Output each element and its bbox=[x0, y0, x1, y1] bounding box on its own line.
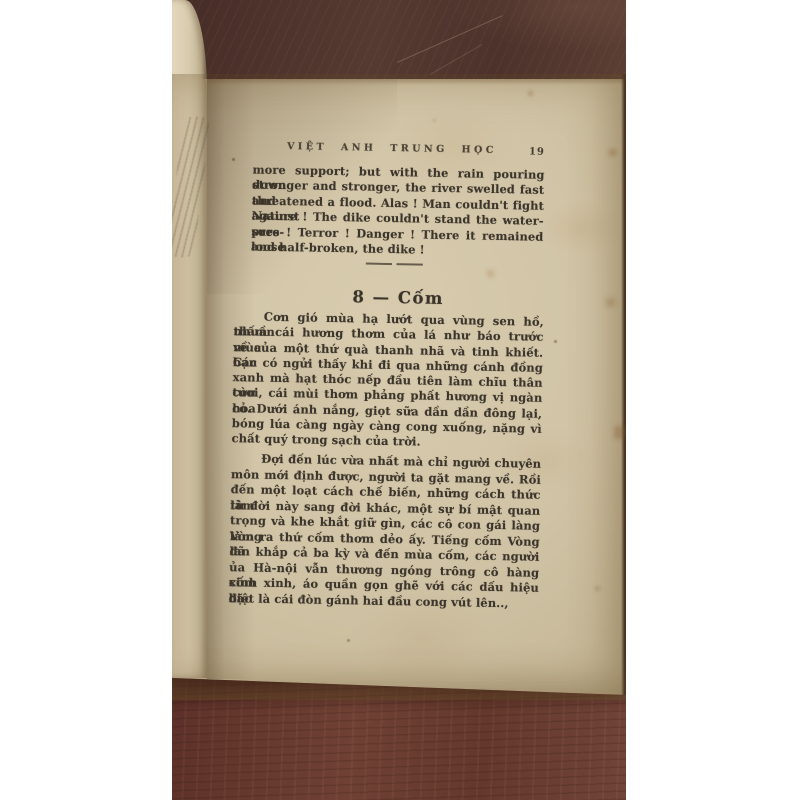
page-vignette bbox=[172, 74, 626, 700]
foxing-stains bbox=[172, 0, 173, 1]
book-photo: VIỆT ANH TRUNG HỌC 19 more support; but … bbox=[172, 0, 626, 800]
